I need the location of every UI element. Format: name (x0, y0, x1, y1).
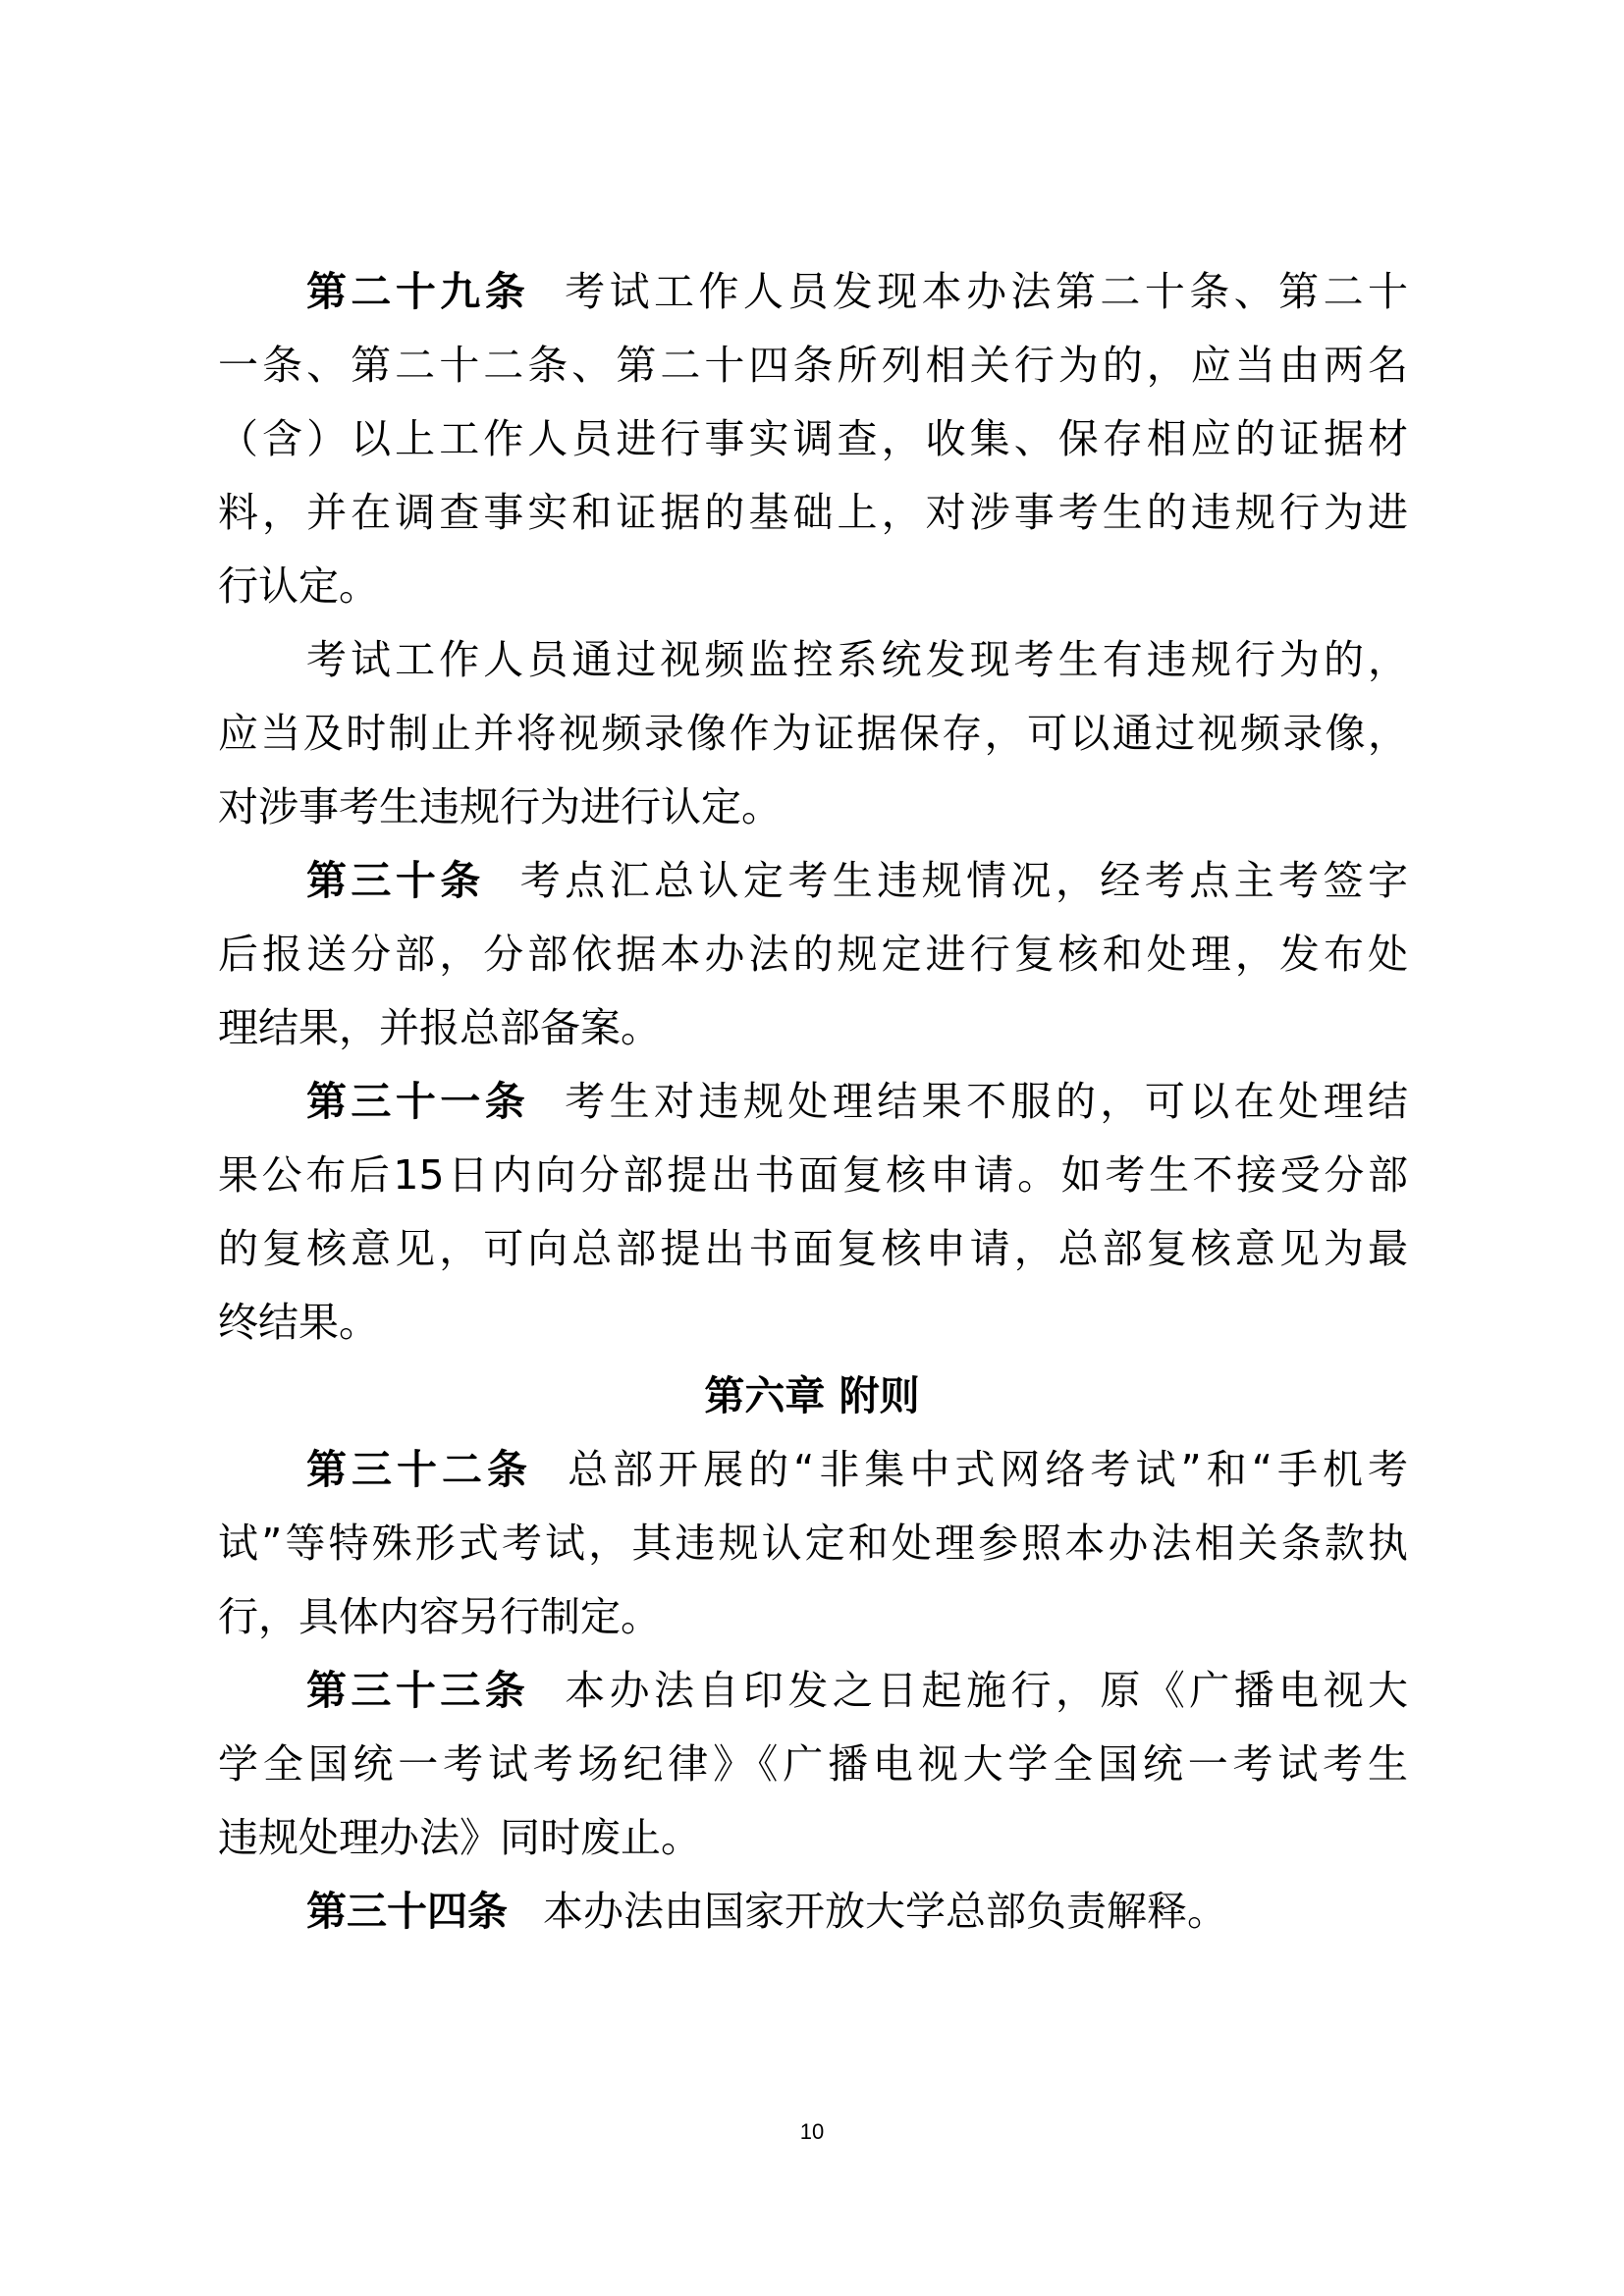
article-30-line-1: 第三十条考点汇总认定考生违规情况，经考点主考签字 (306, 851, 1408, 910)
text-line: 行，具体内容另行制定。 (218, 1587, 1408, 1646)
text-line: 后报送分部，分部依据本办法的规定进行复核和处理，发布处 (218, 925, 1408, 984)
article-title: 第三十四条 (306, 1888, 508, 1935)
text-line: 考点汇总认定考生违规情况，经考点主考签字 (520, 857, 1408, 904)
text-line: 的复核意见，可向总部提出书面复核申请，总部复核意见为最 (218, 1219, 1408, 1278)
article-title: 第三十条 (306, 857, 485, 904)
text-line: 料，并在调查事实和证据的基础上，对涉事考生的违规行为进 (218, 483, 1408, 542)
text-line: 考生对违规处理结果不服的，可以在处理结 (565, 1078, 1408, 1125)
text-line: 本办法由国家开放大学总部负责解释。 (543, 1888, 1227, 1935)
article-29-line-1: 第二十九条考试工作人员发现本办法第二十条、第二十 (306, 262, 1408, 321)
text-line: 考试工作人员通过视频监控系统发现考生有违规行为的， (306, 630, 1408, 689)
article-33-line-1: 第三十三条本办法自印发之日起施行，原《广播电视大 (306, 1661, 1408, 1720)
text-line: 理结果，并报总部备案。 (218, 998, 1408, 1057)
article-title: 第二十九条 (306, 268, 529, 315)
text-line: 学全国统一考试考场纪律》《广播电视大学全国统一考试考生 (218, 1735, 1408, 1793)
chapter-heading: 第六章 附则 (0, 1366, 1624, 1425)
text-line: 应当及时制止并将视频录像作为证据保存，可以通过视频录像， (218, 704, 1408, 763)
text-line: （含）以上工作人员进行事实调查，收集、保存相应的证据材 (218, 409, 1408, 468)
page-number: 10 (0, 2117, 1624, 2147)
text-line: 本办法自印发之日起施行，原《广播电视大 (565, 1667, 1408, 1714)
text-line: 违规处理办法》同时废止。 (218, 1808, 1408, 1867)
article-34-line-1: 第三十四条本办法由国家开放大学总部负责解释。 (306, 1882, 1408, 1941)
text-line: 总部开展的“非集中式网络考试”和“手机考 (568, 1446, 1408, 1493)
text-line: 行认定。 (218, 557, 1408, 615)
article-32-line-1: 第三十二条总部开展的“非集中式网络考试”和“手机考 (306, 1440, 1408, 1499)
text-line: 果公布后15日内向分部提出书面复核申请。如考生不接受分部 (218, 1146, 1408, 1204)
article-title: 第三十三条 (306, 1667, 529, 1714)
document-page: 第二十九条考试工作人员发现本办法第二十条、第二十 一条、第二十二条、第二十四条所… (0, 0, 1624, 2296)
article-title: 第三十一条 (306, 1078, 529, 1125)
text-line: 一条、第二十二条、第二十四条所列相关行为的，应当由两名 (218, 336, 1408, 395)
text-line: 终结果。 (218, 1293, 1408, 1352)
text-line: 对涉事考生违规行为进行认定。 (218, 777, 1408, 836)
article-31-line-1: 第三十一条考生对违规处理结果不服的，可以在处理结 (306, 1072, 1408, 1131)
article-title: 第三十二条 (306, 1446, 532, 1493)
text-line: 考试工作人员发现本办法第二十条、第二十 (565, 268, 1408, 315)
text-line: 试”等特殊形式考试，其违规认定和处理参照本办法相关条款执 (218, 1514, 1408, 1573)
